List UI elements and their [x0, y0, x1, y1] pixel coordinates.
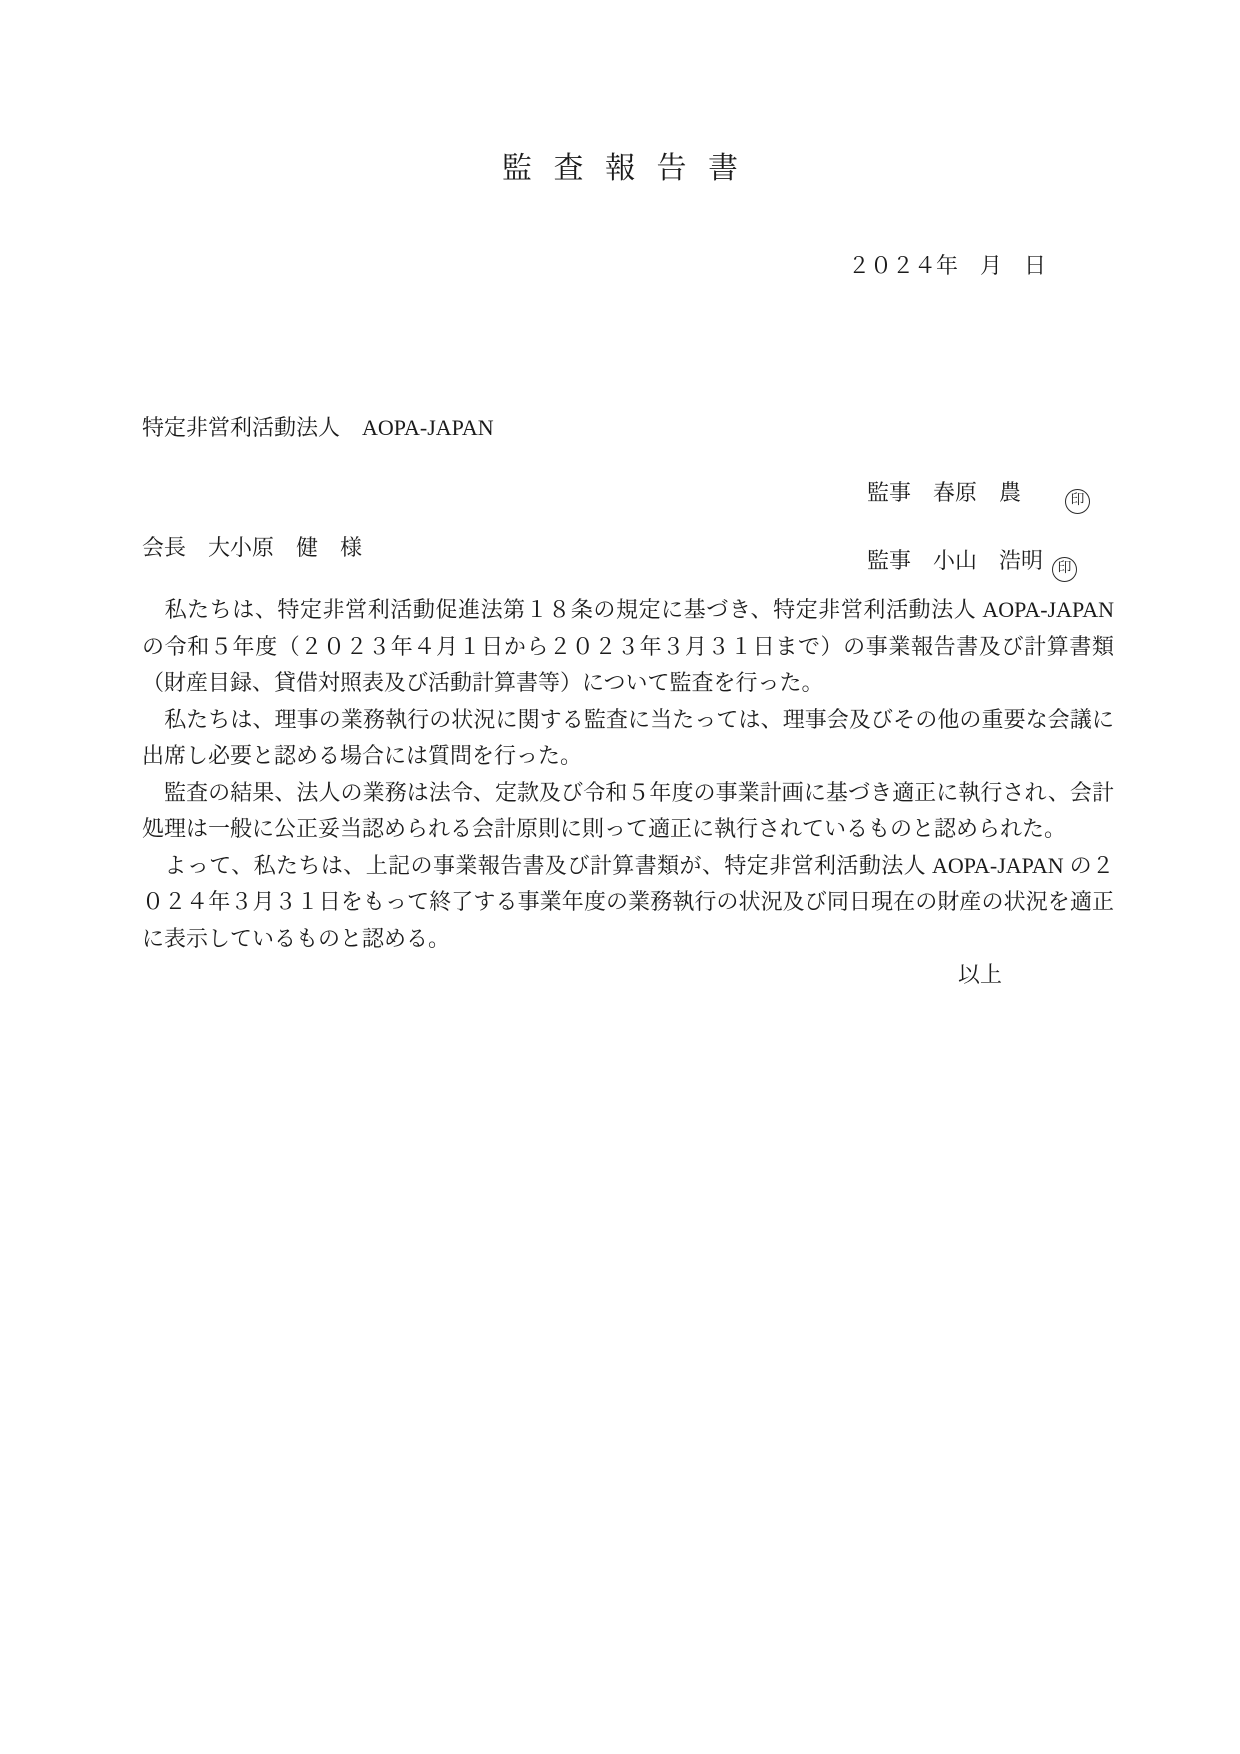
body-paragraph: 私たちは、理事の業務執行の状況に関する監査に当たっては、理事会及びその他の重要な…	[142, 702, 1114, 775]
seal-icon: 印	[1065, 489, 1090, 514]
body-paragraph: よって、私たちは、上記の事業報告書及び計算書類が、特定非営利活動法人 AOPA-…	[142, 848, 1114, 958]
addressee-recipient: 会長 大小原 健 様	[142, 528, 494, 568]
auditor-name: 監事 小山 浩明	[867, 548, 1043, 573]
auditor-name: 監事 春原 農	[867, 480, 1021, 505]
closing-mark: 以上	[142, 957, 1114, 994]
body-paragraph: 監査の結果、法人の業務は法令、定款及び令和５年度の事業計画に基づき適正に執行され…	[142, 775, 1114, 848]
audit-report-page: 監 査 報 告 書 ２０２４年 月 日 特定非営利活動法人 AOPA-JAPAN…	[0, 0, 1240, 1754]
page-title: 監 査 報 告 書	[0, 143, 1240, 187]
seal-icon: 印	[1052, 557, 1077, 582]
body-paragraph: 私たちは、特定非営利活動促進法第１８条の規定に基づき、特定非営利活動法人 AOP…	[142, 592, 1114, 702]
report-body: 私たちは、特定非営利活動促進法第１８条の規定に基づき、特定非営利活動法人 AOP…	[142, 592, 1114, 994]
addressee-organization: 特定非営利活動法人 AOPA-JAPAN	[142, 408, 494, 448]
report-date: ２０２４年 月 日	[848, 249, 1046, 280]
